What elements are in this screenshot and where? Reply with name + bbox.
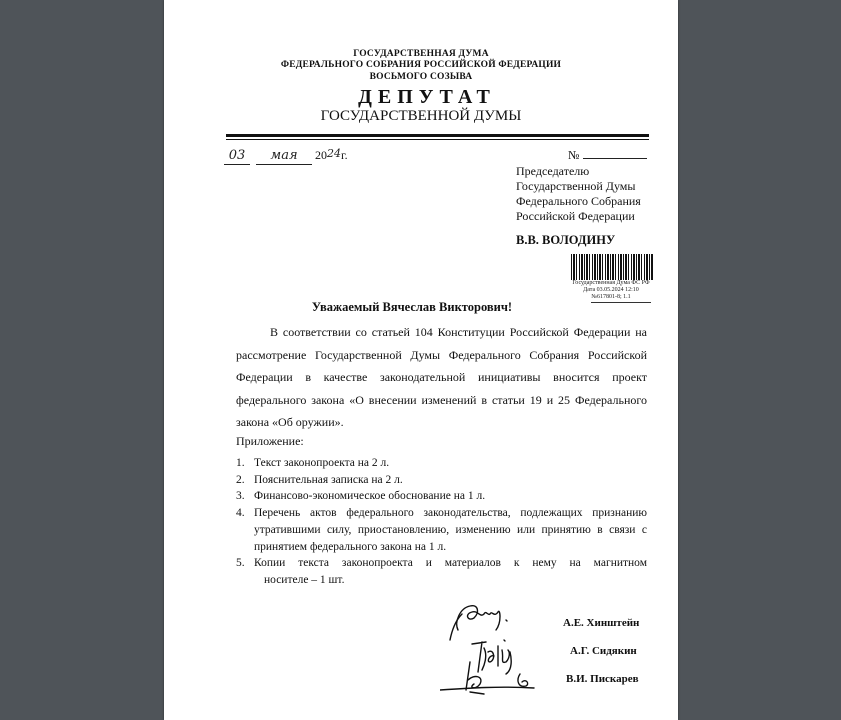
attachments-list: 1. Текст законопроекта на 2 л. 2. Поясни… <box>236 455 647 589</box>
attachment-text-continued: носителе – 1 шт. <box>254 572 647 589</box>
barcode-icon <box>571 254 653 280</box>
reference-number: № <box>568 148 647 162</box>
letterhead-org-line3: ВОСЬМОГО СОЗЫВА <box>164 71 678 83</box>
attachment-item: 2. Пояснительная записка на 2 л. <box>236 472 647 489</box>
attachment-number: 1. <box>236 455 245 472</box>
addressee-line: Председателю <box>516 164 641 179</box>
date-year-suffix: 24 <box>327 147 341 160</box>
signer-name: В.И. Пискарев <box>566 673 639 685</box>
number-blank <box>583 148 647 159</box>
date-year-unit: г. <box>341 148 348 162</box>
stamp-date: Дата 03.05.2024 12:10 <box>569 287 653 294</box>
letterhead-divider-thin <box>226 139 649 140</box>
attachment-text: Копии текста законопроекта и материалов … <box>254 555 647 572</box>
attachment-number: 5. <box>236 555 245 572</box>
date-year-prefix: 20 <box>315 148 327 162</box>
attachment-text: Финансово-экономическое обоснование на 1… <box>254 490 485 502</box>
registration-stamp: Государственная Дума ФС РФ Дата 03.05.20… <box>569 254 653 303</box>
number-label: № <box>568 148 579 162</box>
attachment-text: Перечень актов федерального законодатель… <box>254 507 647 552</box>
addressee-name: В.В. ВОЛОДИНУ <box>516 233 615 248</box>
date-month: мая <box>256 148 312 165</box>
attachment-number: 3. <box>236 488 245 505</box>
letter-body: В соответствии со статьей 104 Конституци… <box>236 321 647 434</box>
stamp-org: Государственная Дума ФС РФ <box>569 280 653 287</box>
addressee-line: Федерального Собрания <box>516 194 641 209</box>
addressee-block: Председателю Государственной Думы Федера… <box>516 164 641 224</box>
handwritten-signatures-icon <box>440 600 560 702</box>
attachment-item: 4. Перечень актов федерального законодат… <box>236 505 647 555</box>
letterhead-divider-thick <box>226 134 649 137</box>
letterhead-subtitle: ГОСУДАРСТВЕННОЙ ДУМЫ <box>164 108 678 125</box>
signer-name: А.Г. Сидякин <box>570 645 637 657</box>
signer-name: А.Е. Хинштейн <box>563 617 639 629</box>
attachment-text: Текст законопроекта на 2 л. <box>254 457 389 469</box>
attachment-item: 3. Финансово-экономическое обоснование н… <box>236 488 647 505</box>
attachment-number: 2. <box>236 472 245 489</box>
greeting: Уважаемый Вячеслав Викторович! <box>164 300 678 315</box>
letter-date: 03мая 2024г. <box>224 146 348 165</box>
document-viewer: ГОСУДАРСТВЕННАЯ ДУМА ФЕДЕРАЛЬНОГО СОБРАН… <box>0 0 841 720</box>
letterhead-org-line2: ФЕДЕРАЛЬНОГО СОБРАНИЯ РОССИЙСКОЙ ФЕДЕРАЦ… <box>164 59 678 71</box>
addressee-line: Государственной Думы <box>516 179 641 194</box>
letterhead-title: ДЕПУТАТ <box>164 86 678 108</box>
attachment-number: 4. <box>236 505 245 522</box>
addressee-line: Российской Федерации <box>516 209 641 224</box>
attachment-item: 5. Копии текста законопроекта и материал… <box>236 555 647 588</box>
attachment-text: Пояснительная записка на 2 л. <box>254 474 403 486</box>
attachment-item: 1. Текст законопроекта на 2 л. <box>236 455 647 472</box>
date-day: 03 <box>224 148 250 165</box>
attachments-label: Приложение: <box>236 433 304 449</box>
document-page: ГОСУДАРСТВЕННАЯ ДУМА ФЕДЕРАЛЬНОГО СОБРАН… <box>164 0 678 720</box>
